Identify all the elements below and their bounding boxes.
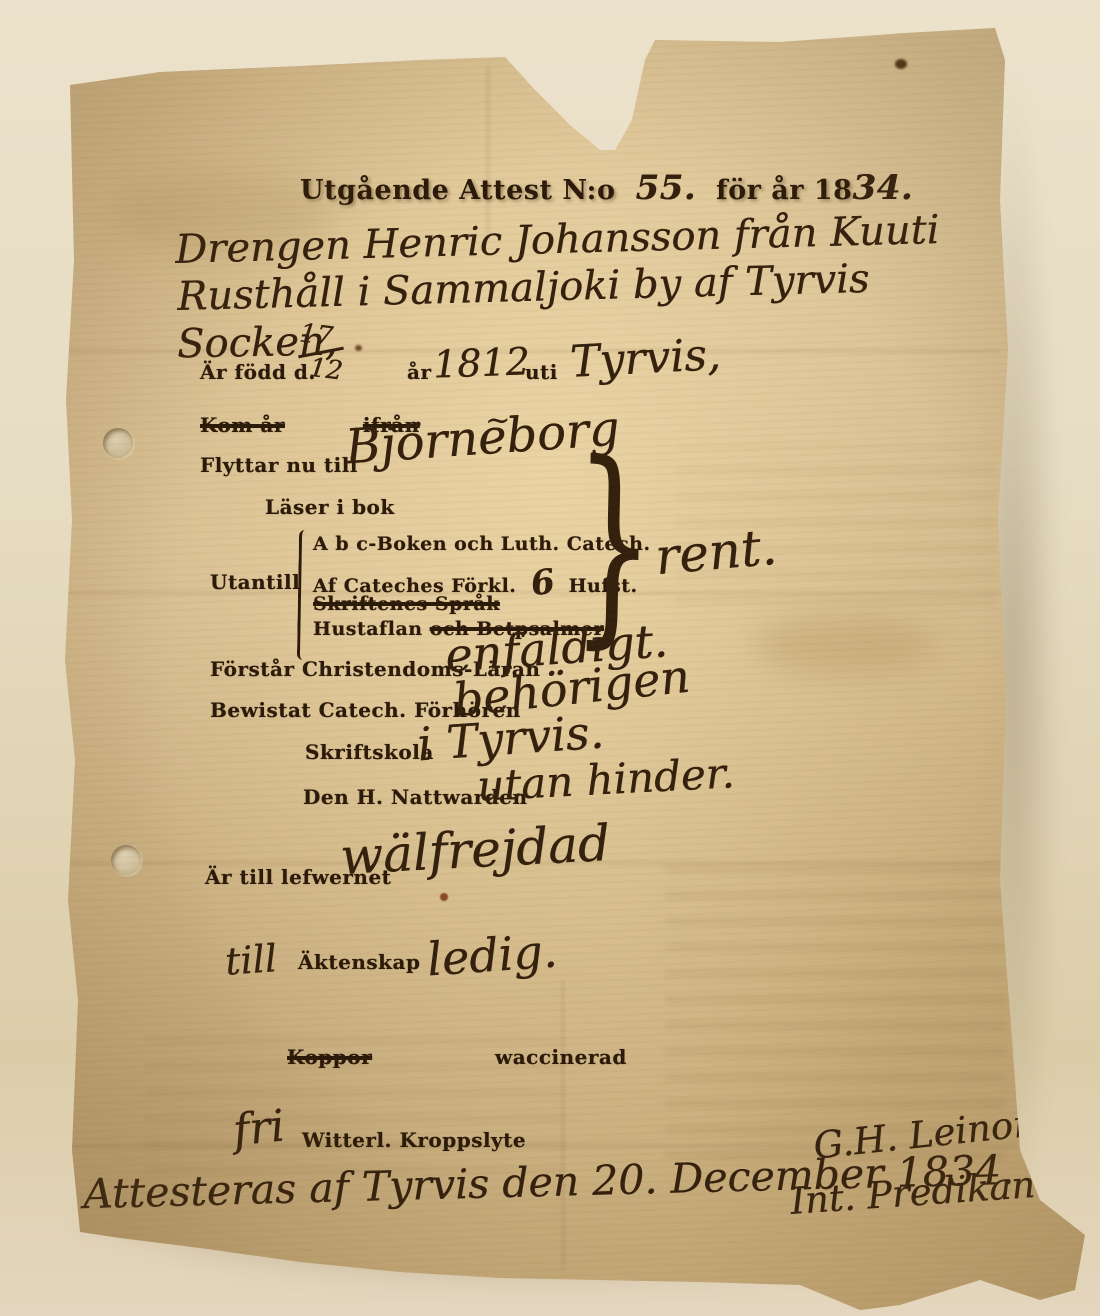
marriage-prefix-handwritten: till [224,936,279,984]
paper-speck [355,345,362,351]
utantill-item-3-struck: Skriftenes Språk [313,593,500,615]
paper-discoloration [755,615,935,675]
year-suffix-handwritten: 34. [852,168,913,208]
fold-crease [562,980,564,1270]
attest-number-handwritten: 55. [635,168,696,208]
punch-hole-lower [111,845,141,875]
item-2-value-handwritten: 6 [529,561,559,604]
confirmation-school-label: Skriftskola [305,740,434,764]
header-printed-year: för år 18 [716,175,852,206]
header-printed-prefix: Utgående Attest N:o [300,175,616,206]
attest-paper-sheet: Utgående Attest N:o 55. för år 1834. Dre… [55,25,1095,1316]
year-label: år [407,360,432,384]
reading-grade-handwritten: rent. [653,518,779,586]
marriage-value-handwritten: ledig. [425,924,559,987]
came-year-label: Kom år [200,413,285,437]
rust-speck [440,893,448,901]
ink-speck [895,59,907,69]
marriage-label: Äktenskap [298,950,420,974]
birth-day: 17 [292,320,341,351]
birth-year-handwritten: 1812 [432,339,530,386]
moves-to-label: Flyttar nu till [200,453,358,477]
photograph-of-document: Utgående Attest N:o 55. för år 1834. Dre… [0,0,1100,1316]
punch-hole-upper [103,428,133,458]
uti-label: uti [525,360,558,384]
smallpox-struck-label: Koppor [287,1045,372,1069]
utantill-label: Utantill [210,570,300,594]
vaccinated-label: waccinerad [495,1045,627,1069]
conduct-value-handwritten: wälfrejdad [339,814,612,886]
birth-date-fraction: 17 12 [295,320,348,384]
birth-place-handwritten: Tyrvis, [569,329,722,388]
header-line: Utgående Attest N:o 55. för år 1834. [300,168,913,208]
reads-in-book-label: Läser i bok [265,495,395,519]
bodily-defect-label: Witterl. Kroppslyte [302,1128,526,1152]
list-bracket-line [297,530,310,660]
free-of-prefix-handwritten: fri [230,1100,286,1156]
fold-crease [487,65,489,235]
item-4-label: Hustaflan [313,618,423,640]
birth-month: 12 [302,354,351,385]
